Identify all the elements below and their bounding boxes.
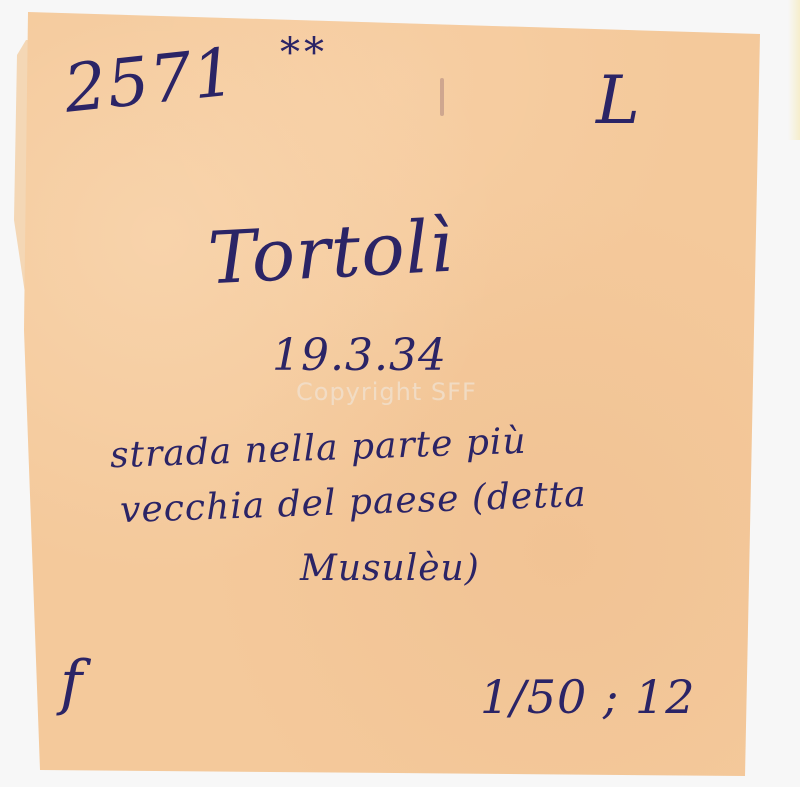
star-marks: ** <box>280 30 328 76</box>
bottom-left-mark: f <box>60 648 83 718</box>
background-strip <box>788 0 800 140</box>
copyright-watermark: Copyright SFF <box>296 378 477 406</box>
paper-crease <box>440 78 444 116</box>
place-name: Tortolì <box>206 204 456 301</box>
bottom-right-mark: 1/50 ; 12 <box>480 670 696 724</box>
date: 19.3.34 <box>272 330 447 381</box>
description-line: Musulèu) <box>300 548 480 589</box>
corner-letter: L <box>596 62 641 139</box>
